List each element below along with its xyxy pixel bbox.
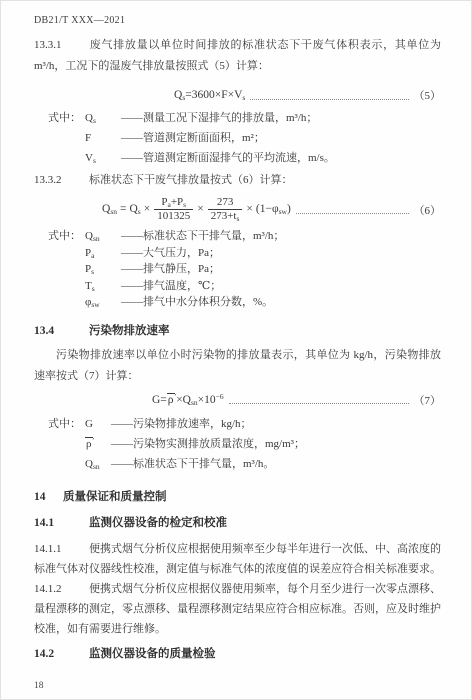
clause-number: 14.1.1 (34, 539, 89, 559)
symbol-letter: Q (85, 112, 93, 124)
dotted-leader (250, 97, 408, 100)
formula-6: Qsn=Qs×Pa+Ps101325×273273+ts×(1−φsw) （6） (102, 196, 441, 223)
clause-text: 废气排放量以单位时间排放的标准状态下干废气体积表示，其单位为 m³/h，工况下的… (34, 39, 441, 72)
f7-times-ten: ×10 (198, 394, 216, 406)
definition-row: Vs —— 管道测定断面湿排气的平均流速，m/s。 (48, 148, 441, 168)
fraction-numerator: 273 (208, 196, 243, 209)
f6-rhs1: Q (129, 203, 137, 215)
f6-lhs-sub: sn (110, 207, 117, 216)
symbol-sub: a (91, 251, 94, 260)
definition-row: F —— 管道测定断面面积，m²； (48, 128, 441, 148)
symbol-description: 排气中水分体积分数，%。 (143, 294, 441, 311)
dash: —— (121, 228, 143, 245)
symbol: Qsn (85, 228, 121, 245)
rho-prime: ′ (93, 436, 95, 445)
doc-number: DB21/T XXX—2021 (34, 15, 125, 26)
page-number: 18 (34, 681, 44, 691)
dash: —— (111, 414, 133, 434)
symbol-sub: s (93, 116, 96, 125)
symbol: Vs (85, 148, 121, 168)
f7-lhs: G= (152, 394, 167, 406)
symbol-letter: G (85, 418, 93, 430)
dash: —— (121, 261, 143, 278)
equals-sign: = (120, 203, 127, 215)
dash: —— (111, 434, 133, 454)
formula-5-expression: Qs=3600×F×Vs (174, 89, 245, 101)
where-label: 式中： (48, 414, 85, 434)
f6-rhs1-sub: s (138, 207, 141, 216)
heading-number: 13.4 (34, 321, 89, 341)
symbol-description: 污染物实测排放质量浓度，mg/m³； (133, 434, 441, 454)
clause-number: 14.1.2 (34, 579, 89, 599)
heading-title: 监测仪器设备的检定和校准 (89, 517, 227, 529)
definition-row: φsw —— 排气中水分体积分数，%。 (48, 294, 441, 311)
heading-number: 14 (34, 487, 63, 507)
symbol: G (85, 414, 111, 434)
formula-7-definitions: 式中： G —— 污染物排放速率，kg/h； ρ′ —— 污染物实测排放质量浓度… (48, 414, 441, 474)
clause-13-4-text: 污染物排放速率以单位小时污染物的排放量表示，其单位为 kg/h，污染物排放速率按… (34, 345, 441, 387)
f6-tail: (1−φsw) (256, 203, 291, 215)
fraction-temperature: 273273+ts (208, 196, 243, 223)
symbol-description: 管道测定断面面积，m²； (143, 128, 441, 148)
definition-row: Pa —— 大气压力，Pa； (48, 245, 441, 262)
clause-number: 13.3.1 (34, 35, 89, 56)
symbol-letter: Q (85, 458, 93, 470)
symbol-description: 标准状态下干排气量，m³/h。 (133, 454, 441, 474)
symbol-sub: sn (93, 234, 100, 243)
symbol-description: 管道测定断面湿排气的平均流速，m/s。 (143, 148, 441, 168)
definition-row: Qsn —— 标准状态下干排气量，m³/h。 (48, 454, 441, 474)
times-sign: × (144, 203, 151, 215)
f5-mid: =3600×F×V (185, 89, 242, 101)
fraction-denominator: 101325 (154, 209, 193, 223)
symbol: Qs (85, 108, 121, 128)
formula-6-expression: Qsn=Qs×Pa+Ps101325×273273+ts×(1−φsw) (102, 196, 291, 223)
symbol-description: 排气温度，℃； (143, 278, 441, 295)
clause-14-1-2: 14.1.2便携式烟气分析仪应根据仪器使用频率，每个月至少进行一次零点漂移、量程… (34, 579, 441, 639)
fraction-pressure: Pa+Ps101325 (154, 196, 193, 223)
symbol-description: 排气静压，Pa； (143, 261, 441, 278)
symbol-sub: s (93, 156, 96, 165)
symbol-letter: V (85, 152, 93, 164)
clause-13-3-1: 13.3.1废气排放量以单位时间排放的标准状态下干废气体积表示，其单位为 m³/… (34, 35, 441, 77)
definition-row: 式中： Qs —— 测量工况下湿排气的排放量，m³/h； (48, 108, 441, 128)
symbol-sub: sw (91, 300, 99, 309)
definition-row: 式中： Qsn —— 标准状态下干排气量，m³/h； (48, 228, 441, 245)
clause-text: 标准状态下干废气排放量按式（6）计算： (89, 174, 293, 186)
formula-7-expression: G=ρ′×Qsn×10−6 (152, 393, 224, 406)
formula-7-number: （7） (414, 392, 442, 408)
symbol-description: 污染物排放速率，kg/h； (133, 414, 441, 434)
symbol-letter: T (85, 280, 92, 292)
heading-number: 14.1 (34, 513, 89, 533)
symbol-letter: 273+t (211, 210, 237, 222)
document-header: DB21/T XXX—2021 (34, 15, 441, 27)
symbol-sub: s (183, 200, 186, 209)
page-content: DB21/T XXX—2021 13.3.1废气排放量以单位时间排放的标准状态下… (1, 1, 471, 664)
dotted-leader (229, 401, 409, 404)
definition-row: ρ′ —— 污染物实测排放质量浓度，mg/m³； (48, 434, 441, 454)
symbol: Pa (85, 245, 121, 262)
formula-7: G=ρ′×Qsn×10−6 （7） (152, 392, 441, 408)
symbol: ρ′ (85, 434, 111, 454)
symbol-description: 标准状态下干排气量，m³/h； (143, 228, 441, 245)
symbol: φsw (85, 294, 121, 311)
formula-6-number: （6） (414, 202, 442, 218)
symbol-description: 大气压力，Pa； (143, 245, 441, 262)
heading-14: 14质量保证和质量控制 (34, 487, 441, 507)
fraction-denominator: 273+ts (208, 209, 243, 223)
definition-row: 式中： G —— 污染物排放速率，kg/h； (48, 414, 441, 434)
symbol: Qsn (85, 454, 111, 474)
paren-close: ) (287, 203, 291, 215)
dash: —— (121, 245, 143, 262)
clause-text: 便携式烟气分析仪应根据使用频率至少每半年进行一次低、中、高浓度的标准气体对仪器线… (34, 543, 441, 575)
where-label: 式中： (48, 228, 85, 245)
f7-times-q: ×Q (176, 394, 191, 406)
symbol-sub: s (92, 284, 95, 293)
symbol-letter: F (85, 132, 91, 144)
definition-row: Ts —— 排气温度，℃； (48, 278, 441, 295)
rho-overline: ρ (85, 437, 93, 450)
symbol: F (85, 128, 121, 148)
clause-text: 污染物排放速率以单位小时污染物的排放量表示，其单位为 kg/h，污染物排放速率按… (34, 349, 441, 382)
paren-open-term: (1−φ (256, 203, 279, 215)
heading-title: 质量保证和质量控制 (63, 491, 167, 503)
dash: —— (111, 454, 133, 474)
formula-5: Qs=3600×F×Vs （5） (174, 87, 441, 103)
clause-14-1-1: 14.1.1便携式烟气分析仪应根据使用频率至少每半年进行一次低、中、高浓度的标准… (34, 539, 441, 579)
heading-title: 监测仪器设备的质量检验 (89, 648, 216, 660)
dash: —— (121, 128, 143, 148)
heading-13-4: 13.4污染物排放速率 (34, 321, 441, 341)
heading-14-2: 14.2监测仪器设备的质量检验 (34, 644, 441, 664)
heading-title: 污染物排放速率 (89, 325, 170, 337)
symbol-sub: s (236, 214, 239, 223)
dash: —— (121, 148, 143, 168)
definition-row: Ps —— 排气静压，Pa； (48, 261, 441, 278)
where-label: 式中： (48, 108, 85, 128)
dash: —— (121, 278, 143, 295)
heading-number: 14.2 (34, 644, 89, 664)
symbol-sub: sn (93, 462, 100, 471)
clause-number: 13.3.2 (34, 170, 89, 191)
symbol-sub: s (91, 267, 94, 276)
clause-text: 便携式烟气分析仪应根据仪器使用频率，每个月至少进行一次零点漂移、量程漂移的测定，… (34, 583, 441, 635)
symbol: Ps (85, 261, 121, 278)
f7-q-sub: sn (191, 398, 198, 407)
f5-v-sub: s (242, 93, 245, 102)
heading-14-1: 14.1监测仪器设备的检定和校准 (34, 513, 441, 533)
symbol-letter: Q (85, 230, 93, 242)
document-page: DB21/T XXX—2021 13.3.1废气排放量以单位时间排放的标准状态下… (0, 0, 472, 700)
symbol-sub: sw (279, 207, 287, 216)
symbol: Ts (85, 278, 121, 295)
dash: —— (121, 108, 143, 128)
dash: —— (121, 294, 143, 311)
formula-6-definitions: 式中： Qsn —— 标准状态下干排气量，m³/h； Pa —— 大气压力，Pa… (48, 228, 441, 311)
rho-overline: ρ (167, 393, 175, 406)
symbol-description: 测量工况下湿排气的排放量，m³/h； (143, 108, 441, 128)
f7-exponent: −6 (216, 392, 224, 401)
fraction-numerator: Pa+Ps (154, 196, 193, 209)
clause-13-3-2: 13.3.2标准状态下干废气排放量按式（6）计算： (34, 170, 441, 191)
formula-5-definitions: 式中： Qs —— 测量工况下湿排气的排放量，m³/h； F —— 管道测定断面… (48, 108, 441, 168)
dotted-leader (296, 211, 409, 214)
formula-5-number: （5） (414, 87, 442, 103)
times-sign: × (197, 203, 204, 215)
times-sign: × (246, 203, 253, 215)
